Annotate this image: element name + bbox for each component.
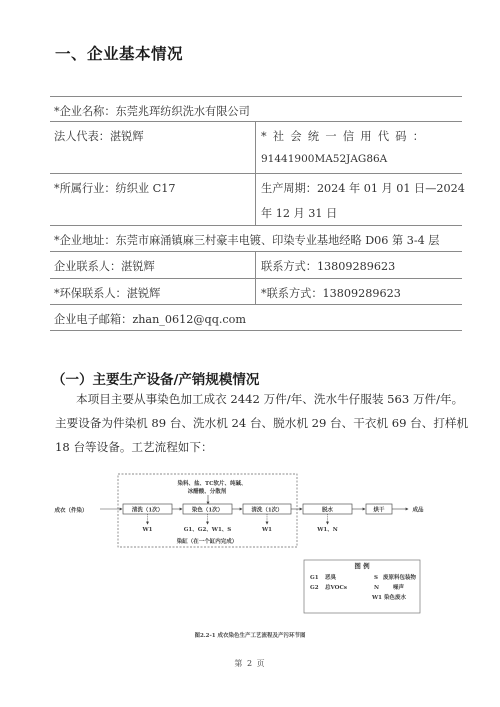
input-label: 成衣（件染） — [54, 506, 87, 514]
svg-text:染色废水: 染色废水 — [384, 593, 407, 601]
svg-text:废原料包装物: 废原料包装物 — [383, 573, 417, 581]
svg-text:恶臭: 恶臭 — [325, 573, 337, 581]
svg-text:G1、G2、W1、S: G1、G2、W1、S — [184, 527, 232, 533]
svg-text:烘干: 烘干 — [372, 506, 385, 514]
svg-text:染色（1次）: 染色（1次） — [192, 506, 223, 514]
svg-text:总VOCs: 总VOCs — [325, 583, 347, 591]
svg-text:噪声: 噪声 — [393, 583, 405, 591]
svg-text:N: N — [374, 585, 379, 591]
svg-text:W1: W1 — [141, 527, 152, 533]
svg-text:W1: W1 — [261, 527, 272, 533]
svg-text:W1、N: W1、N — [316, 527, 338, 533]
svg-text:清洗（1次）: 清洗（1次） — [132, 506, 163, 514]
svg-text:S: S — [374, 575, 378, 581]
inputs-top-line1: 染料、盐、TC软片、纯碱、 — [178, 479, 247, 487]
svg-text:G2: G2 — [310, 585, 319, 591]
process-flow-diagram: 染料、盐、TC软片、纯碱、 冰醋酸、分散剂 成衣（件染） 清洗（1次） 染色（1… — [0, 0, 500, 707]
svg-text:G1: G1 — [310, 575, 319, 581]
output-label: 成品 — [412, 506, 424, 514]
svg-text:清洗（1次）: 清洗（1次） — [251, 506, 282, 514]
group-label: 染缸（在一个缸内完成） — [177, 537, 238, 545]
svg-text:W1: W1 — [371, 595, 382, 601]
page-number: 第 2 页 — [0, 658, 500, 669]
legend-title: 图 例 — [354, 561, 370, 570]
inputs-top-line2: 冰醋酸、分散剂 — [188, 487, 227, 495]
figure-caption: 图2.2-1 成衣染色生产工艺流程及产污环节图 — [0, 631, 500, 639]
svg-text:脱水: 脱水 — [322, 506, 334, 514]
